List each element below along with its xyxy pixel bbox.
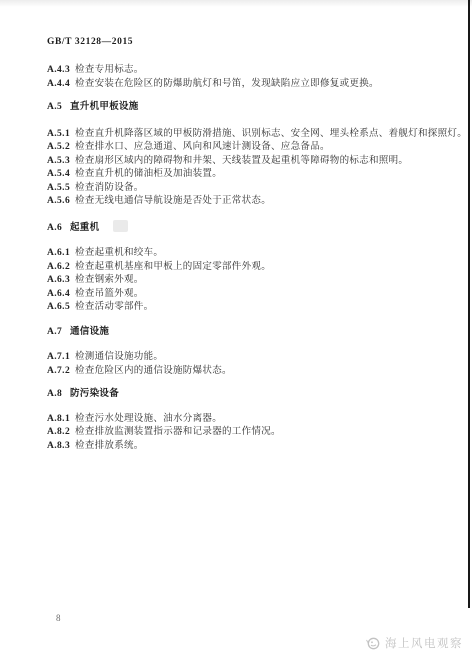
- clause-text: 检测通信设施功能。: [75, 351, 163, 365]
- clause-number: A.5.4: [47, 168, 75, 182]
- clause-text: 检查活动零部件。: [75, 301, 153, 315]
- clause-row: A.5.1 检查直升机降落区域的甲板防滑措施、识别标志、安全网、埋头栓系点、着舰…: [47, 128, 459, 142]
- clause-row: A.8.2 检查排放监测装置指示器和记录器的工作情况。: [47, 426, 459, 440]
- clause-row: A.7.1 检测通信设施功能。: [47, 351, 459, 365]
- clause-group-a5: A.5.1 检查直升机降落区域的甲板防滑措施、识别标志、安全网、埋头栓系点、着舰…: [47, 128, 459, 209]
- clause-number: A.8.2: [47, 426, 75, 440]
- section-heading-a7: A.7 通信设施: [47, 326, 459, 340]
- clause-number: A.7.1: [47, 351, 75, 365]
- clause-number: A.6.2: [47, 261, 75, 275]
- clause-number: A.5.6: [47, 195, 75, 209]
- section-title: 直升机甲板设施: [70, 101, 139, 115]
- section-title: 防污染设备: [70, 388, 119, 402]
- clause-text: 检查起重机和绞车。: [75, 247, 163, 261]
- clause-row: A.5.4 检查直升机的储油柜及加油装置。: [47, 168, 459, 182]
- clause-number: A.6.1: [47, 247, 75, 261]
- clause-text: 检查污水处理设施、油水分离器。: [75, 413, 222, 427]
- clause-row: A.5.2 检查排水口、应急通道、风向和风速计测设备、应急备品。: [47, 141, 459, 155]
- clause-row: A.6.2 检查起重机基座和甲板上的固定零部件外观。: [47, 261, 459, 275]
- clause-group-a7: A.7.1 检测通信设施功能。 A.7.2 检查危险区内的通信设施防爆状态。: [47, 351, 459, 378]
- clause-number: A.8.3: [47, 440, 75, 454]
- clause-text: 检查排水口、应急通道、风向和风速计测设备、应急备品。: [75, 141, 330, 155]
- clause-text: 检查安装在危险区的防爆助航灯和号笛，发现缺陷应立即修复或更换。: [75, 78, 379, 92]
- clause-row: A.6.3 检查钢索外观。: [47, 274, 459, 288]
- section-number: A.8: [47, 388, 70, 402]
- clause-text: 检查危险区内的通信设施防爆状态。: [75, 365, 232, 379]
- clause-text: 检查排放系统。: [75, 440, 144, 454]
- clause-row: A.6.1 检查起重机和绞车。: [47, 247, 459, 261]
- clause-row: A.5.3 检查扇形区域内的障碍物和井架、天线装置及起重机等障碍物的标志和照明。: [47, 155, 459, 169]
- section-heading-a6: A.6 起重机: [47, 222, 459, 236]
- clause-text: 检查起重机基座和甲板上的固定零部件外观。: [75, 261, 271, 275]
- standard-number-header: GB/T 32128—2015: [47, 36, 459, 48]
- section-number: A.6: [47, 222, 70, 236]
- clause-number: A.6.4: [47, 288, 75, 302]
- page-right-border-line: [468, 0, 470, 608]
- clause-text: 检查专用标志。: [75, 64, 144, 78]
- section-title: 起重机: [70, 222, 99, 236]
- clause-row: A.8.3 检查排放系统。: [47, 440, 459, 454]
- clause-number: A.8.1: [47, 413, 75, 427]
- clause-number: A.6.3: [47, 274, 75, 288]
- clause-group-a4: A.4.3 检查专用标志。 A.4.4 检查安装在危险区的防爆助航灯和号笛，发现…: [47, 64, 459, 91]
- clause-text: 检查消防设备。: [75, 182, 144, 196]
- section-number: A.5: [47, 101, 70, 115]
- watermark: 海上风电观察: [365, 635, 463, 651]
- clause-number: A.5.3: [47, 155, 75, 169]
- clause-number: A.5.5: [47, 182, 75, 196]
- clause-group-a6: A.6.1 检查起重机和绞车。 A.6.2 检查起重机基座和甲板上的固定零部件外…: [47, 247, 459, 315]
- clause-row: A.4.3 检查专用标志。: [47, 64, 459, 78]
- page-content: GB/T 32128—2015 A.4.3 检查专用标志。 A.4.4 检查安装…: [47, 36, 459, 453]
- clause-row: A.5.5 检查消防设备。: [47, 182, 459, 196]
- clause-group-a8: A.8.1 检查污水处理设施、油水分离器。 A.8.2 检查排放监测装置指示器和…: [47, 413, 459, 454]
- clause-row: A.6.4 检查吊篮外观。: [47, 288, 459, 302]
- clause-number: A.7.2: [47, 365, 75, 379]
- section-title: 通信设施: [70, 326, 109, 340]
- clause-number: A.4.3: [47, 64, 75, 78]
- scan-edge-shading: [0, 0, 472, 7]
- clause-number: A.4.4: [47, 78, 75, 92]
- clause-row: A.4.4 检查安装在危险区的防爆助航灯和号笛，发现缺陷应立即修复或更换。: [47, 78, 459, 92]
- clause-row: A.7.2 检查危险区内的通信设施防爆状态。: [47, 365, 459, 379]
- clause-number: A.5.2: [47, 141, 75, 155]
- document-page: GB/T 32128—2015 A.4.3 检查专用标志。 A.4.4 检查安装…: [0, 0, 472, 665]
- section-heading-a8: A.8 防污染设备: [47, 388, 459, 402]
- section-number: A.7: [47, 326, 70, 340]
- clause-row: A.8.1 检查污水处理设施、油水分离器。: [47, 413, 459, 427]
- clause-number: A.6.5: [47, 301, 75, 315]
- wind-observer-logo-icon: [365, 636, 380, 651]
- clause-row: A.6.5 检查活动零部件。: [47, 301, 459, 315]
- section-heading-a5: A.5 直升机甲板设施: [47, 101, 459, 115]
- clause-text: 检查排放监测装置指示器和记录器的工作情况。: [75, 426, 281, 440]
- page-number: 8: [56, 613, 61, 623]
- watermark-text: 海上风电观察: [385, 635, 463, 651]
- clause-number: A.5.1: [47, 128, 75, 142]
- clause-text: 检查吊篮外观。: [75, 288, 144, 302]
- clause-text: 检查钢索外观。: [75, 274, 144, 288]
- scan-smudge-artifact: [113, 220, 128, 232]
- clause-text: 检查直升机的储油柜及加油装置。: [75, 168, 222, 182]
- clause-row: A.5.6 检查无线电通信导航设施是否处于正常状态。: [47, 195, 459, 209]
- clause-text: 检查扇形区域内的障碍物和井架、天线装置及起重机等障碍物的标志和照明。: [75, 155, 408, 169]
- clause-text: 检查直升机降落区域的甲板防滑措施、识别标志、安全网、埋头栓系点、着舰灯和探照灯。: [75, 128, 467, 142]
- clause-text: 检查无线电通信导航设施是否处于正常状态。: [75, 195, 271, 209]
